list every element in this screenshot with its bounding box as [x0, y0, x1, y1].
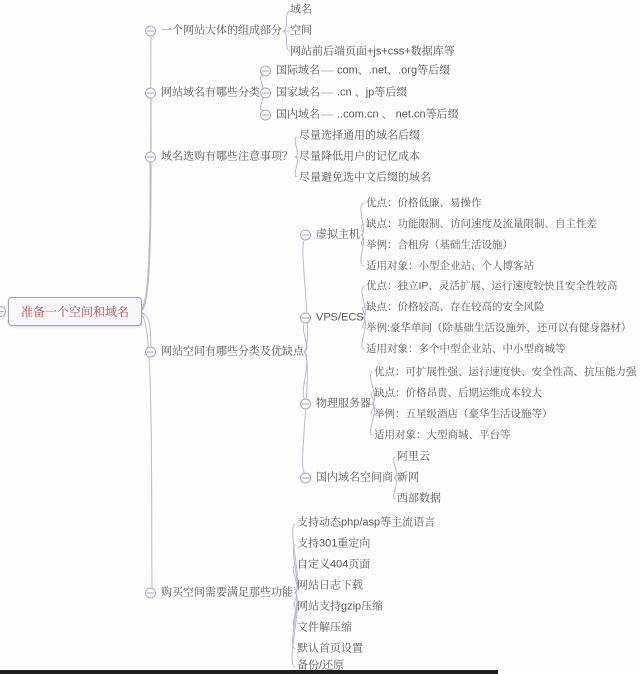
leaf-node[interactable]: 域名: [290, 5, 312, 16]
node-label: 域名: [290, 5, 312, 16]
node-label: 尽量选择通用的域名后缀: [299, 131, 420, 142]
leaf-node[interactable]: .cn 、jp等后缀: [337, 88, 407, 99]
node-label: 适用对象：小型企业站、个人博客站: [366, 261, 534, 272]
node-label: 缺点：价格昂贵、后期运维成本较大: [374, 388, 542, 399]
node-label: 缺点：功能限制、访问速度及流量限制、自主性差: [366, 219, 597, 230]
leaf-node[interactable]: 优点：独立IP、灵活扩展、运行速度较快且安全性较高: [366, 281, 617, 292]
leaf-node[interactable]: 尽量避免选中文后缀的域名: [299, 173, 431, 184]
node-label: 尽量降低用户的记忆成本: [299, 152, 420, 163]
leaf-node[interactable]: 适用对象：小型企业站、个人博客站: [366, 261, 534, 272]
node-label: ..com.cn 、 net.cn等后缀: [337, 110, 459, 121]
leaf-node[interactable]: 缺点：价格昂贵、后期运维成本较大: [374, 388, 542, 399]
node-label: 优点：可扩展性强、运行速度快、安全性高、抗压能力强: [374, 367, 637, 378]
leaf-node[interactable]: 网站日志下载: [297, 581, 363, 592]
node-label: 网站支持gzip压缩: [297, 602, 383, 613]
leaf-node[interactable]: 适用对象：大型商城、平台等: [374, 430, 511, 441]
collapse-minus-icon[interactable]: [260, 88, 271, 99]
node-label: 物理服务器: [316, 399, 371, 410]
node-label: 购买空间需要满足那些功能: [161, 588, 293, 599]
leaf-node[interactable]: 尽量选择通用的域名后缀: [299, 131, 420, 142]
subbranch-vps-ecs[interactable]: VPS/ECS: [300, 313, 364, 324]
collapse-minus-icon[interactable]: [300, 313, 311, 324]
branch-site-components[interactable]: 一个网站大体的组成部分: [145, 26, 282, 37]
node-label: 域名选购有哪些注意事项？: [161, 152, 293, 163]
collapse-minus-icon[interactable]: [300, 473, 311, 484]
root-label: 准备一个空间和域名: [21, 306, 129, 318]
node-label: 自定义404页面: [297, 560, 370, 571]
subbranch-domestic-domain[interactable]: 国内域名: [260, 110, 320, 121]
node-label: 优点：价格低廉、易操作: [366, 198, 482, 209]
node-label: 一个网站大体的组成部分: [161, 26, 282, 37]
node-label: 国内域名: [276, 110, 320, 121]
branch-space-required-features[interactable]: 购买空间需要满足那些功能: [145, 588, 293, 599]
subbranch-country-domain[interactable]: 国家域名: [260, 88, 320, 99]
leaf-node[interactable]: 默认首页设置: [297, 644, 363, 655]
node-label: .cn 、jp等后缀: [337, 88, 407, 99]
node-label: 举例：五星级酒店（豪华生活设施等）: [374, 409, 553, 420]
leaf-node[interactable]: 举例:豪华单间（除基础生活设施外，还可以有健身器材）: [366, 323, 631, 334]
node-label: 西部数据: [397, 494, 441, 505]
leaf-node[interactable]: ..com.cn 、 net.cn等后缀: [337, 110, 459, 121]
node-label: 支持动态php/asp等主流语言: [297, 518, 435, 529]
node-label: com、.net、.org等后缀: [337, 66, 450, 77]
leaf-node[interactable]: 空间: [290, 26, 312, 37]
leaf-node[interactable]: 缺点：价格较高、存在较高的安全风险: [366, 302, 545, 313]
node-label: 国际域名: [276, 66, 320, 77]
collapse-minus-icon[interactable]: [145, 152, 156, 163]
node-label: 默认首页设置: [297, 644, 363, 655]
subbranch-virtual-host[interactable]: 虚拟主机: [300, 230, 360, 241]
node-label: 国内域名空间商: [316, 473, 393, 484]
leaf-node[interactable]: com、.net、.org等后缀: [337, 66, 450, 77]
node-label: 缺点：价格较高、存在较高的安全风险: [366, 302, 545, 313]
leaf-node[interactable]: 支持301重定向: [297, 539, 370, 550]
node-label: 文件解压缩: [297, 623, 352, 634]
subbranch-domestic-providers[interactable]: 国内域名空间商: [300, 473, 393, 484]
leaf-node[interactable]: 举例：五星级酒店（豪华生活设施等）: [374, 409, 553, 420]
leaf-node[interactable]: 西部数据: [397, 494, 441, 505]
connector-lines: [0, 0, 640, 674]
collapse-minus-icon[interactable]: [260, 66, 271, 77]
node-label: 网站前后端页面+js+css+数据库等: [290, 47, 455, 58]
leaf-node[interactable]: 举例：合租房（基础生活设施）: [366, 240, 513, 251]
leaf-node[interactable]: 文件解压缩: [297, 623, 352, 634]
leaf-node[interactable]: 适用对象：多个中型企业站、中小型商城等: [366, 344, 566, 355]
node-label: 网站域名有哪些分类: [161, 88, 260, 99]
node-label: 尽量避免选中文后缀的域名: [299, 173, 431, 184]
collapse-minus-icon[interactable]: [300, 399, 311, 410]
collapse-minus-icon[interactable]: [145, 26, 156, 37]
node-label: VPS/ECS: [316, 313, 364, 324]
node-label: 支持301重定向: [297, 539, 370, 550]
mindmap-canvas: 准备一个空间和域名 一个网站大体的组成部分 网站域名有哪些分类 域名选购有哪些注…: [0, 0, 640, 674]
leaf-node[interactable]: 阿里云: [397, 452, 430, 463]
collapse-minus-icon[interactable]: [260, 110, 271, 121]
subbranch-international-domain[interactable]: 国际域名: [260, 66, 320, 77]
leaf-node[interactable]: 尽量降低用户的记忆成本: [299, 152, 420, 163]
node-label: 国家域名: [276, 88, 320, 99]
node-label: 网站空间有哪些分类及优缺点: [161, 347, 304, 358]
collapse-minus-icon[interactable]: [145, 88, 156, 99]
leaf-node[interactable]: 网站支持gzip压缩: [297, 602, 383, 613]
leaf-node[interactable]: 优点：价格低廉、易操作: [366, 198, 482, 209]
leaf-node[interactable]: 网站前后端页面+js+css+数据库等: [290, 47, 455, 58]
bottom-border-line: [0, 670, 498, 674]
leaf-node[interactable]: 新网: [397, 473, 419, 484]
collapse-minus-icon[interactable]: [145, 588, 156, 599]
node-label: 虚拟主机: [316, 230, 360, 241]
node-label: 适用对象：大型商城、平台等: [374, 430, 511, 441]
node-label: 网站日志下载: [297, 581, 363, 592]
leaf-node[interactable]: 优点：可扩展性强、运行速度快、安全性高、抗压能力强: [374, 367, 637, 378]
branch-domain-categories[interactable]: 网站域名有哪些分类: [145, 88, 260, 99]
node-label: 阿里云: [397, 452, 430, 463]
leaf-node[interactable]: 自定义404页面: [297, 560, 370, 571]
node-label: 优点：独立IP、灵活扩展、运行速度较快且安全性较高: [366, 281, 617, 292]
node-label: 适用对象：多个中型企业站、中小型商城等: [366, 344, 566, 355]
subbranch-physical-server[interactable]: 物理服务器: [300, 399, 371, 410]
branch-domain-purchase-tips[interactable]: 域名选购有哪些注意事项？: [145, 152, 293, 163]
node-label: 举例:豪华单间（除基础生活设施外，还可以有健身器材）: [366, 323, 631, 334]
root-node[interactable]: 准备一个空间和域名: [8, 297, 142, 326]
node-label: 新网: [397, 473, 419, 484]
collapse-minus-icon[interactable]: [300, 230, 311, 241]
branch-space-categories[interactable]: 网站空间有哪些分类及优缺点: [145, 347, 304, 358]
leaf-node[interactable]: 缺点：功能限制、访问速度及流量限制、自主性差: [366, 219, 597, 230]
collapse-minus-icon[interactable]: [145, 347, 156, 358]
leaf-node[interactable]: 支持动态php/asp等主流语言: [297, 518, 435, 529]
node-label: 举例：合租房（基础生活设施）: [366, 240, 513, 251]
node-label: 空间: [290, 26, 312, 37]
